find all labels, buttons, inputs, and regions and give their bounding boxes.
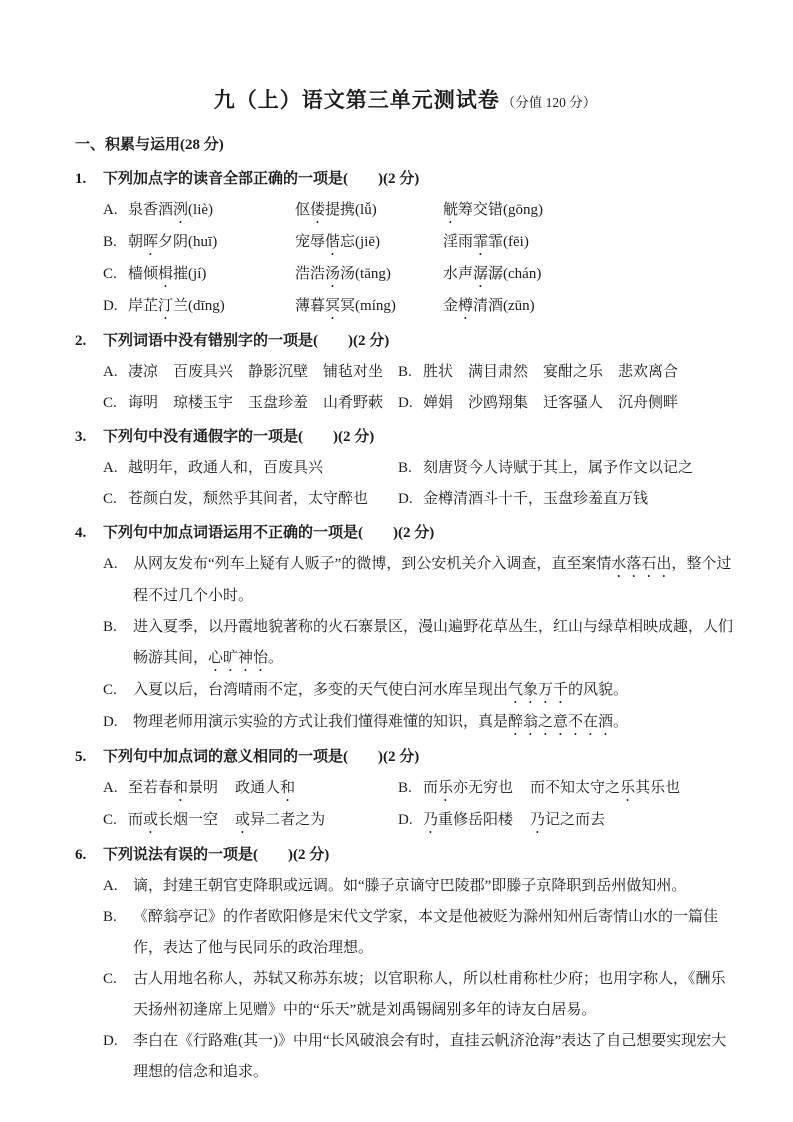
q2-option-a: A.凄凉 百废具兴 静影沉壁 铺毡对坐 bbox=[103, 357, 398, 388]
q4-option-c: C.入夏以后，台湾晴雨不定，多变的天气使白河水库呈现出气象万千的风貌。 bbox=[103, 675, 735, 707]
option-text: 薄暮冥冥(míng) bbox=[295, 291, 443, 323]
text-segment: (liè) bbox=[188, 202, 213, 218]
emphasis-dotted-text: 洌 bbox=[173, 202, 188, 218]
option-text: 朝晖夕阴(huī) bbox=[128, 227, 295, 259]
question-2-number: 2. bbox=[75, 326, 103, 357]
question-2-options: A.凄凉 百废具兴 静影沉壁 铺毡对坐B.胜状 满目肃然 宴酣之乐 悲欢离合 C… bbox=[75, 357, 735, 419]
emphasis-dotted-text: 霏 bbox=[473, 234, 488, 250]
question-3-stem: 3.下列句中没有通假字的一项是( )(2 分) bbox=[75, 422, 735, 453]
option-label: B. bbox=[398, 357, 423, 388]
question-6-stem: 6.下列说法有误的一项是( )(2 分) bbox=[75, 840, 735, 871]
emphasis-dotted-text: 晖 bbox=[143, 234, 158, 250]
question-3-options: A.越明年，政通人和，百废具兴B.刻唐贤今人诗赋于其上，属予作文以记之 C.苍颜… bbox=[75, 453, 735, 515]
option-text: 泉香酒洌(liè) bbox=[128, 195, 295, 227]
text-segment: 清酒(zūn) bbox=[473, 298, 535, 314]
emphasis-dotted-text: 乃 bbox=[530, 812, 545, 828]
emphasis-dotted-text: 偕 bbox=[325, 234, 340, 250]
emphasis-dotted-text: 乐 bbox=[620, 780, 635, 796]
text-segment: 入夏以后，台湾晴雨不定，多变的天气使白河水库呈现出 bbox=[133, 682, 508, 698]
text-segment: 筹交错(gōng) bbox=[458, 202, 543, 218]
q4-option-b: B.进入夏季，以丹霞地貌著称的火石寨景区，漫山遍野花草丛生，红山与绿草相映成趣，… bbox=[103, 612, 735, 675]
question-5-stem: 5.下列句中加点词的意义相同的一项是( )(2 分) bbox=[75, 742, 735, 773]
emphasis-dotted-text: 乃 bbox=[423, 812, 438, 828]
text-segment: 至若春 bbox=[128, 780, 173, 796]
question-1-stem: 1.下列加点字的读音全部正确的一项是( )(2 分) bbox=[75, 164, 735, 195]
text-segment: 提携(lǚ) bbox=[325, 202, 377, 218]
text-segment: 而 bbox=[128, 812, 143, 828]
option-label: D. bbox=[398, 388, 423, 419]
option-text: 淫雨霏霏(fēi) bbox=[443, 227, 529, 259]
q6-option-d: D.李白在《行路难(其一)》中用“长风破浪会有时，直挂云帆济沧海”表达了自己想要… bbox=[103, 1026, 735, 1088]
option-label: B. bbox=[398, 773, 423, 804]
text-segment: 泉香酒 bbox=[128, 202, 173, 218]
question-3-text: 下列句中没有通假字的一项是( )(2 分) bbox=[103, 429, 374, 445]
emphasis-dotted-text: 醉翁之意不在酒 bbox=[508, 714, 613, 730]
text-segment: 其乐也 bbox=[635, 780, 680, 796]
q1-option-b: B.朝晖夕阴(huī)宠辱偕忘(jiē)淫雨霏霏(fēi) bbox=[103, 227, 735, 259]
q3-option-a: A.越明年，政通人和，百废具兴 bbox=[103, 453, 398, 484]
option-label: D. bbox=[103, 291, 128, 322]
option-label: B. bbox=[103, 227, 128, 258]
text-segment: 朝 bbox=[128, 234, 143, 250]
option-text: 诲明 琼楼玉宇 玉盘珍羞 山肴野蔌 bbox=[128, 395, 383, 411]
option-label: B. bbox=[103, 612, 133, 643]
q2-options-row-2: C.诲明 琼楼玉宇 玉盘珍羞 山肴野蔌D.婵娟 沙鸥翔集 迁客骚人 沉舟侧畔 bbox=[103, 388, 735, 419]
q2-option-d: D.婵娟 沙鸥翔集 迁客骚人 沉舟侧畔 bbox=[398, 395, 678, 411]
emphasis-dotted-text: 楫 bbox=[158, 266, 173, 282]
option-text: 越明年，政通人和，百废具兴 bbox=[128, 460, 323, 476]
text-segment: 霏(fēi) bbox=[488, 234, 529, 250]
question-6-options: A.谪，封建王朝官吏降职或远调。如“滕子京谪守巴陵郡”即滕子京降职到岳州做知州。… bbox=[75, 871, 735, 1088]
q6-option-b: B.《醉翁亭记》的作者欧阳修是宋代文学家，本文是他被贬为滁州知州后寄情山水的一篇… bbox=[103, 902, 735, 964]
emphasis-dotted-text: 潺 bbox=[473, 266, 488, 282]
q1-option-a: A.泉香酒洌(liè)伛偻提携(lǚ)觥筹交错(gōng) bbox=[103, 195, 735, 227]
text-segment: 亦无穷也 bbox=[453, 780, 513, 796]
text-segment: 淫雨 bbox=[443, 234, 473, 250]
question-3-number: 3. bbox=[75, 422, 103, 453]
q6-option-a: A.谪，封建王朝官吏降职或远调。如“滕子京谪守巴陵郡”即滕子京降职到岳州做知州。 bbox=[103, 871, 735, 902]
option-phrase: 政通人和 bbox=[235, 773, 295, 805]
option-label: D. bbox=[103, 1026, 133, 1057]
option-label: D. bbox=[398, 484, 423, 515]
option-phrase: 乃记之而去 bbox=[530, 805, 605, 837]
text-segment: 伛 bbox=[295, 202, 310, 218]
q1-option-d: D.岸芷汀兰(dīng)薄暮冥冥(míng)金樽清酒(zūn) bbox=[103, 291, 735, 323]
option-text: 李白在《行路难(其一)》中用“长风破浪会有时，直挂云帆济沧海”表达了自己想要实现… bbox=[133, 1033, 726, 1080]
emphasis-dotted-text: 气象万千 bbox=[508, 682, 568, 698]
q3-option-d: D.金樽清酒斗十千，玉盘珍羞直万钱 bbox=[398, 491, 648, 507]
emphasis-dotted-text: 冥 bbox=[325, 298, 340, 314]
q2-option-c: C.诲明 琼楼玉宇 玉盘珍羞 山肴野蔌 bbox=[103, 388, 398, 419]
option-label: C. bbox=[103, 259, 128, 290]
q4-option-a: A.从网友发布“列车上疑有人贩子”的微博，到公安机关介入调查，直至案情水落石出，… bbox=[103, 549, 735, 612]
text-segment: 。 bbox=[268, 650, 283, 666]
emphasis-dotted-text: 心旷神怡 bbox=[208, 650, 268, 666]
text-segment: 汤(tāng) bbox=[340, 266, 391, 282]
text-segment: 樯倾 bbox=[128, 266, 158, 282]
text-segment: 记之而去 bbox=[545, 812, 605, 828]
question-1-number: 1. bbox=[75, 164, 103, 195]
option-text: 金樽清酒斗十千，玉盘珍羞直万钱 bbox=[423, 491, 648, 507]
q3-option-c: C.苍颜白发，颓然乎其间者，太守醉也 bbox=[103, 484, 398, 515]
question-1-options: A.泉香酒洌(liè)伛偻提携(lǚ)觥筹交错(gōng) B.朝晖夕阴(huī… bbox=[75, 195, 735, 323]
option-text: 物理老师用演示实验的方式让我们懂得难懂的知识，真是醉翁之意不在酒。 bbox=[133, 714, 628, 730]
option-label: C. bbox=[103, 388, 128, 419]
option-phrase: 或异二者之为 bbox=[235, 805, 325, 837]
option-text: 古人用地名称人，苏轼又称苏东坡；以官职称人，所以杜甫称杜少府；也用字称人，《酬乐… bbox=[133, 971, 726, 1018]
question-4-text: 下列句中加点词语运用不正确的一项是( )(2 分) bbox=[103, 525, 434, 541]
option-label: A. bbox=[103, 453, 128, 484]
text-segment: 浩浩 bbox=[295, 266, 325, 282]
text-segment: 景明 bbox=[188, 780, 218, 796]
emphasis-dotted-text: 汤 bbox=[325, 266, 340, 282]
text-segment: 兰(dīng) bbox=[173, 298, 225, 314]
option-text: 胜状 满目肃然 宴酣之乐 悲欢离合 bbox=[423, 364, 678, 380]
question-6-text: 下列说法有误的一项是( )(2 分) bbox=[103, 847, 329, 863]
q1-option-c: C.樯倾楫摧(jí)浩浩汤汤(tāng)水声潺潺(chán) bbox=[103, 259, 735, 291]
question-5-text: 下列句中加点词的意义相同的一项是( )(2 分) bbox=[103, 749, 419, 765]
emphasis-dotted-text: 水落石出 bbox=[611, 556, 671, 572]
text-segment: 而不知太守之 bbox=[530, 780, 620, 796]
option-text: 伛偻提携(lǚ) bbox=[295, 195, 443, 227]
question-5-number: 5. bbox=[75, 742, 103, 773]
text-segment: 的风貌。 bbox=[568, 682, 628, 698]
page-title: 九（上）语文第三单元测试卷（分值 120 分） bbox=[75, 85, 735, 118]
text-segment: 冥(míng) bbox=[340, 298, 396, 314]
option-label: A. bbox=[103, 357, 128, 388]
question-1-text: 下列加点字的读音全部正确的一项是( )(2 分) bbox=[103, 171, 419, 187]
question-6-number: 6. bbox=[75, 840, 103, 871]
emphasis-dotted-text: 觥 bbox=[443, 202, 458, 218]
emphasis-dotted-text: 汀 bbox=[158, 298, 173, 314]
emphasis-dotted-text: 或 bbox=[143, 812, 158, 828]
title-text: 九（上）语文第三单元测试卷 bbox=[214, 88, 500, 112]
option-label: C. bbox=[103, 964, 133, 995]
question-2-text: 下列词语中没有错别字的一项是( )(2 分) bbox=[103, 333, 389, 349]
question-2-stem: 2.下列词语中没有错别字的一项是( )(2 分) bbox=[75, 326, 735, 357]
option-phrase: 至若春和景明 bbox=[128, 773, 218, 805]
q3-options-row-2: C.苍颜白发，颓然乎其间者，太守醉也D.金樽清酒斗十千，玉盘珍羞直万钱 bbox=[103, 484, 735, 515]
title-score-note: （分值 120 分） bbox=[502, 95, 597, 110]
option-label: C. bbox=[103, 675, 133, 706]
option-text: 浩浩汤汤(tāng) bbox=[295, 259, 443, 291]
q5-options-row-1: A.至若春和景明政通人和B.而乐亦无穷也而不知太守之乐其乐也 bbox=[103, 773, 735, 805]
option-label: A. bbox=[103, 773, 128, 804]
emphasis-dotted-text: 偻 bbox=[310, 202, 325, 218]
q6-option-c: C.古人用地名称人，苏轼又称苏东坡；以官职称人，所以杜甫称杜少府；也用字称人，《… bbox=[103, 964, 735, 1026]
text-segment: 摧(jí) bbox=[173, 266, 206, 282]
text-segment: 长烟一空 bbox=[158, 812, 218, 828]
text-segment: 忘(jiē) bbox=[340, 234, 380, 250]
option-phrase: 而或长烟一空 bbox=[128, 805, 218, 837]
text-segment: 岸芷 bbox=[128, 298, 158, 314]
text-segment: 潺(chán) bbox=[488, 266, 541, 282]
question-4-number: 4. bbox=[75, 518, 103, 549]
option-label: C. bbox=[103, 805, 128, 836]
option-label: A. bbox=[103, 195, 128, 226]
text-segment: 物理老师用演示实验的方式让我们懂得难懂的知识，真是 bbox=[133, 714, 508, 730]
q5-options-row-2: C.而或长烟一空或异二者之为D.乃重修岳阳楼乃记之而去 bbox=[103, 805, 735, 837]
option-text: 岸芷汀兰(dīng) bbox=[128, 291, 295, 323]
option-label: D. bbox=[103, 707, 133, 738]
option-label: B. bbox=[398, 453, 423, 484]
q3-options-row-1: A.越明年，政通人和，百废具兴B.刻唐贤今人诗赋于其上，属予作文以记之 bbox=[103, 453, 735, 484]
option-text: 《醉翁亭记》的作者欧阳修是宋代文学家，本文是他被贬为滁州知州后寄情山水的一篇佳作… bbox=[133, 909, 718, 956]
emphasis-dotted-text: 或 bbox=[235, 812, 250, 828]
option-label: A. bbox=[103, 549, 133, 580]
option-label: A. bbox=[103, 871, 133, 902]
option-text: 婵娟 沙鸥翔集 迁客骚人 沉舟侧畔 bbox=[423, 395, 678, 411]
q3-option-b: B.刻唐贤今人诗赋于其上，属予作文以记之 bbox=[398, 460, 693, 476]
text-segment: 而 bbox=[423, 780, 438, 796]
text-segment: 夕阴(huī) bbox=[158, 234, 217, 250]
q2-options-row-1: A.凄凉 百废具兴 静影沉壁 铺毡对坐B.胜状 满目肃然 宴酣之乐 悲欢离合 bbox=[103, 357, 735, 388]
text-segment: 薄暮 bbox=[295, 298, 325, 314]
option-text: 刻唐贤今人诗赋于其上，属予作文以记之 bbox=[423, 460, 693, 476]
text-segment: 从网友发布“列车上疑有人贩子”的微博，到公安机关介入调查，直至案情 bbox=[133, 556, 611, 572]
text-segment: 宠辱 bbox=[295, 234, 325, 250]
q5-option-c: C.而或长烟一空或异二者之为 bbox=[103, 805, 398, 837]
option-text: 凄凉 百废具兴 静影沉壁 铺毡对坐 bbox=[128, 364, 383, 380]
text-segment: 重修岳阳楼 bbox=[438, 812, 513, 828]
option-text: 苍颜白发，颓然乎其间者，太守醉也 bbox=[128, 491, 368, 507]
option-phrase: 而不知太守之乐其乐也 bbox=[530, 773, 680, 805]
question-5-options: A.至若春和景明政通人和B.而乐亦无穷也而不知太守之乐其乐也 C.而或长烟一空或… bbox=[75, 773, 735, 837]
text-segment: 政通人 bbox=[235, 780, 280, 796]
option-text: 宠辱偕忘(jiē) bbox=[295, 227, 443, 259]
option-text: 觥筹交错(gōng) bbox=[443, 195, 543, 227]
q2-option-b: B.胜状 满目肃然 宴酣之乐 悲欢离合 bbox=[398, 364, 678, 380]
question-4-stem: 4.下列句中加点词语运用不正确的一项是( )(2 分) bbox=[75, 518, 735, 549]
text-segment: 。 bbox=[613, 714, 628, 730]
option-label: D. bbox=[398, 805, 423, 836]
option-phrase: 而乐亦无穷也 bbox=[423, 773, 513, 805]
option-text: 水声潺潺(chán) bbox=[443, 259, 541, 291]
option-text: 谪，封建王朝官吏降职或远调。如“滕子京谪守巴陵郡”即滕子京降职到岳州做知州。 bbox=[133, 878, 686, 894]
option-text: 进入夏季，以丹霞地貌著称的火石寨景区，漫山遍野花草丛生，红山与绿草相映成趣，人们… bbox=[133, 619, 733, 666]
q4-option-d: D.物理老师用演示实验的方式让我们懂得难懂的知识，真是醉翁之意不在酒。 bbox=[103, 707, 735, 739]
emphasis-dotted-text: 和 bbox=[173, 780, 188, 796]
option-label: C. bbox=[103, 484, 128, 515]
q5-option-d: D.乃重修岳阳楼乃记之而去 bbox=[398, 812, 605, 828]
option-text: 樯倾楫摧(jí) bbox=[128, 259, 295, 291]
option-text: 金樽清酒(zūn) bbox=[443, 291, 535, 323]
emphasis-dotted-text: 樽 bbox=[458, 298, 473, 314]
emphasis-dotted-text: 和 bbox=[280, 780, 295, 796]
option-text: 从网友发布“列车上疑有人贩子”的微博，到公安机关介入调查，直至案情水落石出，整个… bbox=[133, 556, 731, 604]
q5-option-b: B.而乐亦无穷也而不知太守之乐其乐也 bbox=[398, 780, 680, 796]
emphasis-dotted-text: 乐 bbox=[438, 780, 453, 796]
text-segment: 异二者之为 bbox=[250, 812, 325, 828]
text-segment: 水声 bbox=[443, 266, 473, 282]
option-label: B. bbox=[103, 902, 133, 933]
section-heading: 一、积累与运用(28 分) bbox=[75, 130, 735, 161]
option-text: 入夏以后，台湾晴雨不定，多变的天气使白河水库呈现出气象万千的风貌。 bbox=[133, 682, 628, 698]
test-paper-page: 九（上）语文第三单元测试卷（分值 120 分） 一、积累与运用(28 分) 1.… bbox=[0, 0, 793, 1122]
question-4-options: A.从网友发布“列车上疑有人贩子”的微博，到公安机关介入调查，直至案情水落石出，… bbox=[75, 549, 735, 739]
q5-option-a: A.至若春和景明政通人和 bbox=[103, 773, 398, 805]
text-segment: 金 bbox=[443, 298, 458, 314]
option-phrase: 乃重修岳阳楼 bbox=[423, 805, 513, 837]
